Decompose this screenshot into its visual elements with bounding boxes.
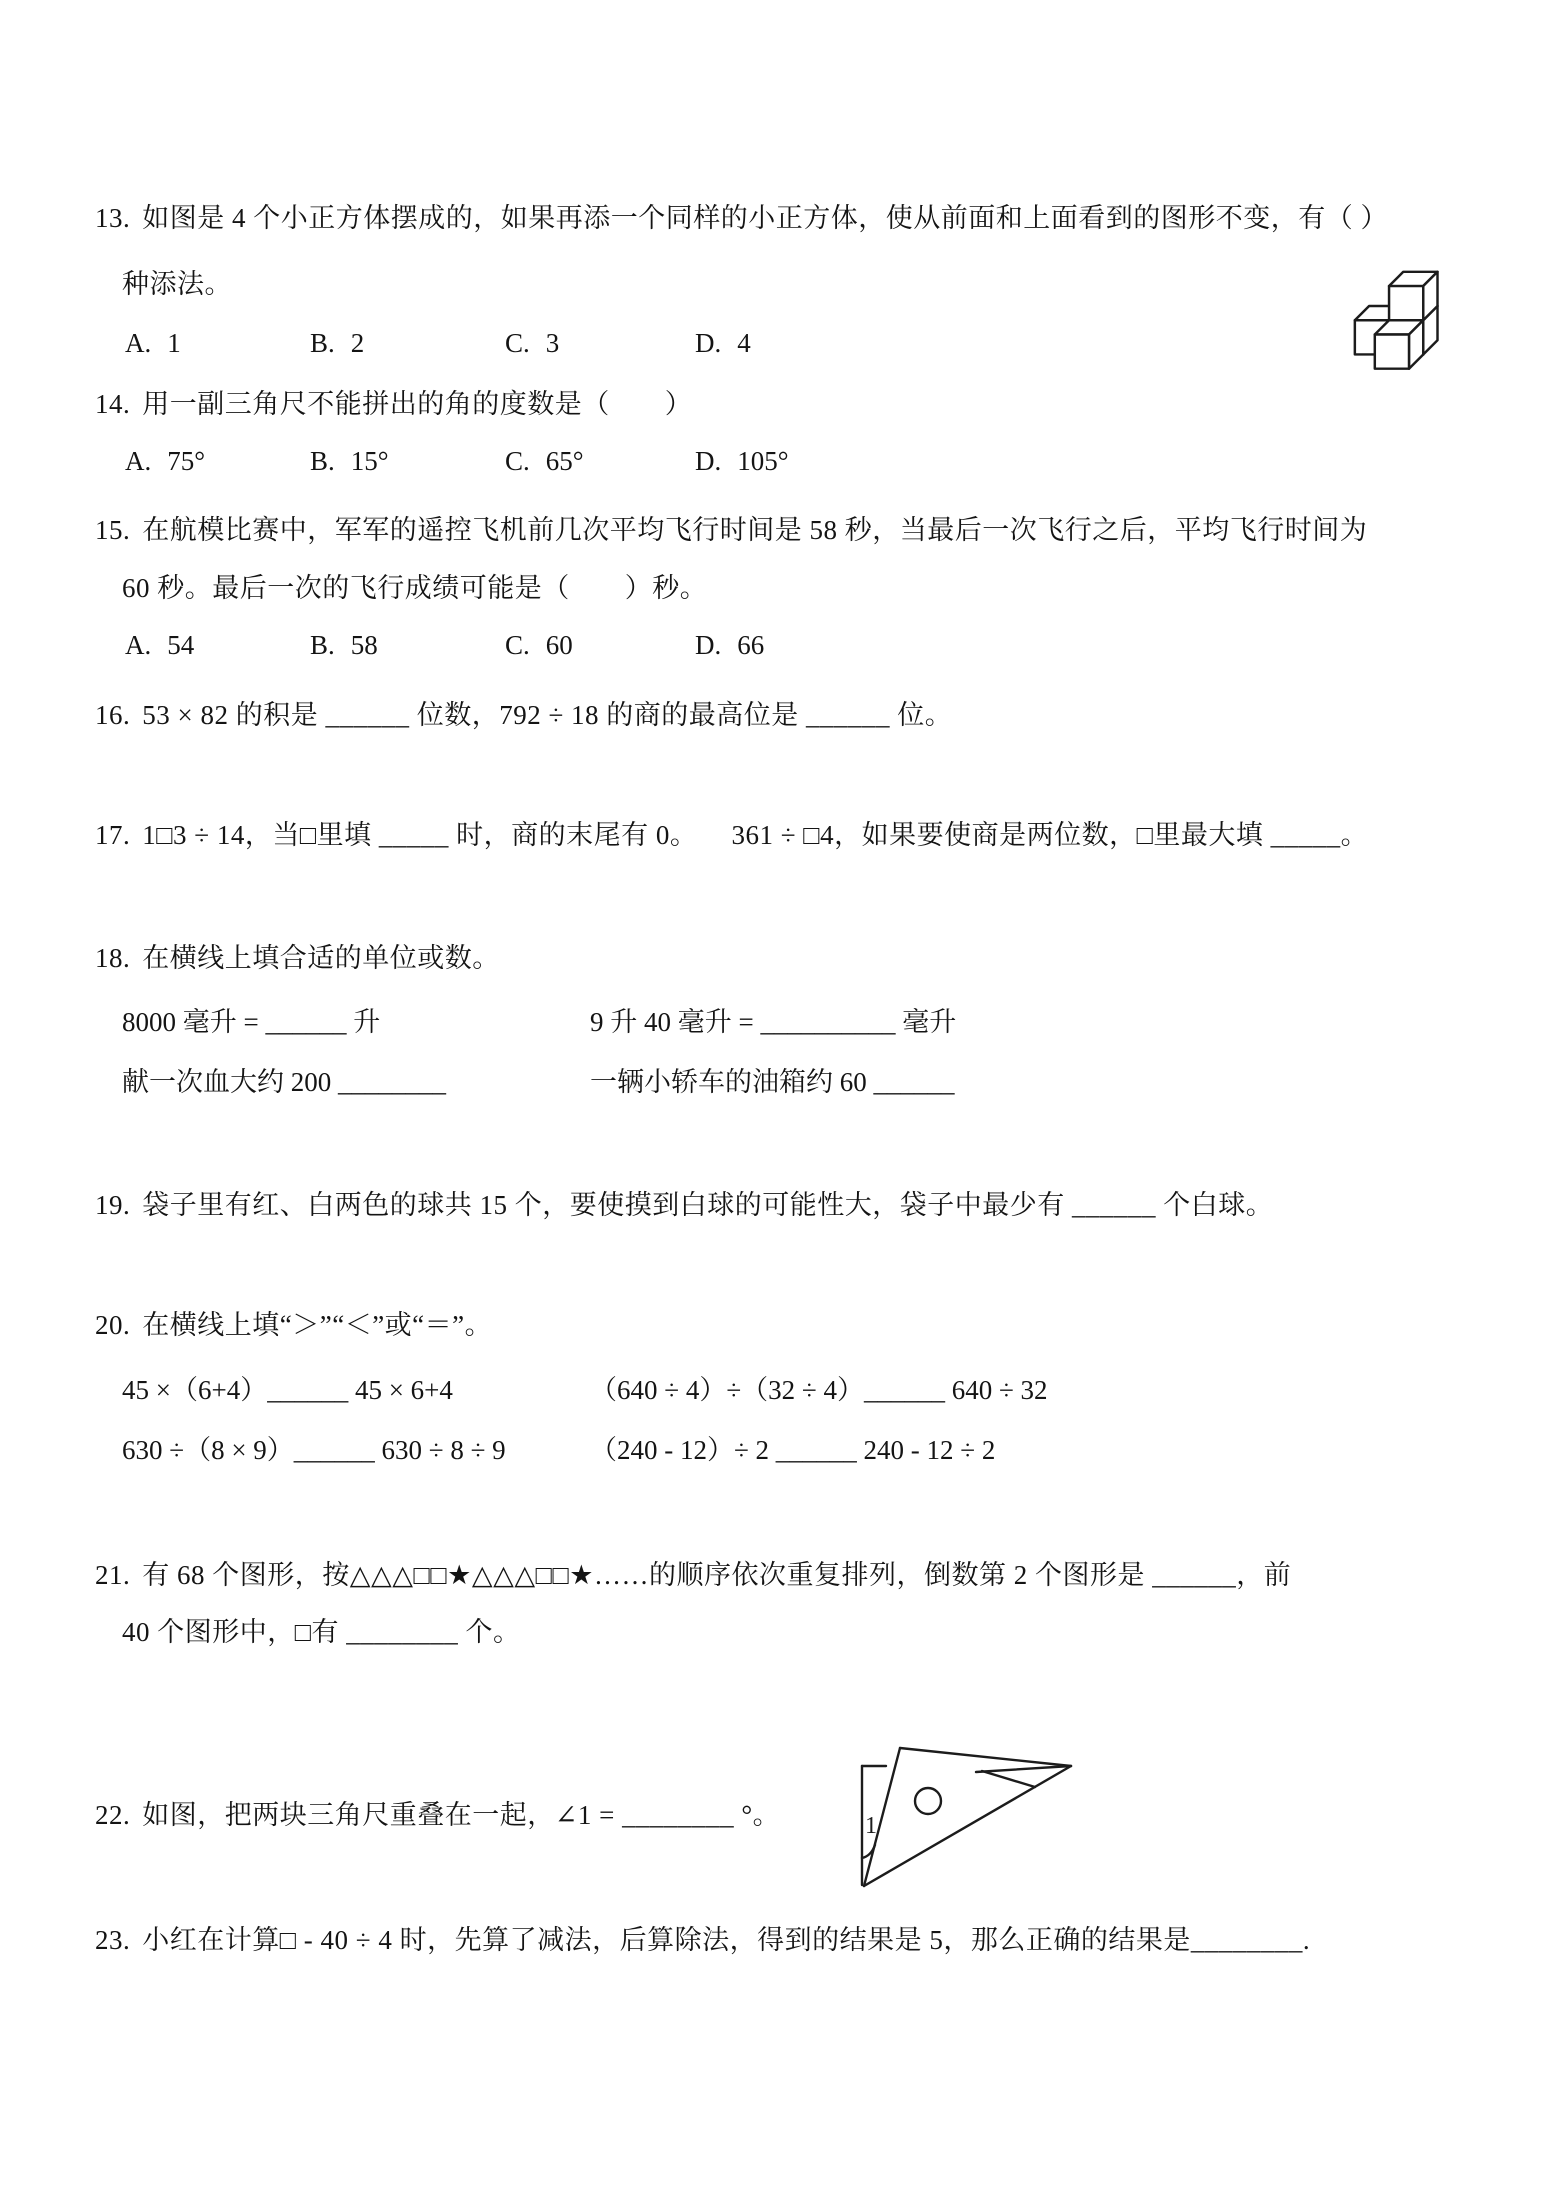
q13-option-c: C.3 — [505, 328, 559, 359]
q13-line1: 13.如图是 4 个小正方体摆成的，如果再添一个同样的小正方体，使从前面和上面看… — [95, 196, 1388, 235]
q15-text2: 60 秒。最后一次的飞行成绩可能是（ ）秒。 — [122, 573, 707, 603]
q14-text: 用一副三角尺不能拼出的角的度数是（ ） — [142, 389, 692, 419]
q20-number: 20. — [95, 1310, 130, 1340]
q18-line1: 18.在横线上填合适的单位或数。 — [95, 936, 500, 975]
q13-option-d: D.4 — [695, 328, 751, 359]
q14-line1: 14.用一副三角尺不能拼出的角的度数是（ ） — [95, 382, 692, 421]
q18-row1-left: 8000 毫升 = ______ 升 — [122, 1000, 380, 1039]
q17-part1: 1□3 ÷ 14，当□里填 _____ 时，商的末尾有 0。 — [142, 820, 697, 850]
exam-page: 13.如图是 4 个小正方体摆成的，如果再添一个同样的小正方体，使从前面和上面看… — [0, 0, 1561, 2206]
q22-text: 如图，把两块三角尺重叠在一起，∠1 = ________ °。 — [142, 1800, 780, 1830]
q15-line2: 60 秒。最后一次的飞行成绩可能是（ ）秒。 — [122, 566, 707, 605]
q15-option-c: C.60 — [505, 630, 573, 661]
q13-options: A.1 B.2 C.3 D.4 — [0, 328, 1561, 368]
q18-number: 18. — [95, 943, 130, 973]
q20-row2-right: （240 - 12）÷ 2 ______ 240 - 12 ÷ 2 — [590, 1428, 995, 1467]
q18-row2: 献一次血大约 200 ________ 一辆小轿车的油箱约 60 ______ — [0, 1060, 1561, 1100]
q18-row1: 8000 毫升 = ______ 升 9 升 40 毫升 = _________… — [0, 1000, 1561, 1040]
q15-option-d: D.66 — [695, 630, 764, 661]
cubes-figure — [1352, 266, 1447, 384]
q15-options: A.54 B.58 C.60 D.66 — [0, 630, 1561, 670]
q18-text: 在横线上填合适的单位或数。 — [142, 943, 500, 973]
q20-row1: 45 ×（6+4）______ 45 × 6+4 （640 ÷ 4）÷（32 ÷… — [0, 1368, 1561, 1408]
q19-number: 19. — [95, 1190, 130, 1220]
q14-number: 14. — [95, 389, 130, 419]
q22-line1: 22.如图，把两块三角尺重叠在一起，∠1 = ________ °。 — [95, 1793, 780, 1832]
q20-text: 在横线上填“＞”“＜”或“＝”。 — [142, 1310, 492, 1340]
q13-text: 如图是 4 个小正方体摆成的，如果再添一个同样的小正方体，使从前面和上面看到的图… — [142, 203, 1388, 233]
q20-line1: 20.在横线上填“＞”“＜”或“＝”。 — [95, 1303, 492, 1342]
q21-line2: 40 个图形中，□有 ________ 个。 — [122, 1610, 521, 1649]
q22-number: 22. — [95, 1800, 130, 1830]
q19-text: 袋子里有红、白两色的球共 15 个，要使摸到白球的可能性大，袋子中最少有 ___… — [142, 1190, 1273, 1220]
q21-text2: 40 个图形中，□有 ________ 个。 — [122, 1617, 521, 1647]
q23-number: 23. — [95, 1925, 130, 1955]
q14-option-b: B.15° — [310, 446, 389, 477]
q15-option-a: A.54 — [125, 630, 194, 661]
q23-line1: 23.小红在计算□ - 40 ÷ 4 时，先算了减法，后算除法，得到的结果是 5… — [95, 1918, 1310, 1957]
q21-number: 21. — [95, 1560, 130, 1590]
q13-number: 13. — [95, 203, 130, 233]
q13-option-b: B.2 — [310, 328, 364, 359]
q20-row2: 630 ÷（8 × 9）______ 630 ÷ 8 ÷ 9 （240 - 12… — [0, 1428, 1561, 1468]
q14-options: A.75° B.15° C.65° D.105° — [0, 446, 1561, 486]
q19-line1: 19.袋子里有红、白两色的球共 15 个，要使摸到白球的可能性大，袋子中最少有 … — [95, 1183, 1273, 1222]
q15-text1: 在航模比赛中，军军的遥控飞机前几次平均飞行时间是 58 秒，当最后一次飞行之后，… — [142, 515, 1367, 545]
q17-number: 17. — [95, 820, 130, 850]
q16-line1: 16.53 × 82 的积是 ______ 位数，792 ÷ 18 的商的最高位… — [95, 693, 952, 732]
q13-option-a: A.1 — [125, 328, 181, 359]
q13-line2: 种添法。 — [122, 262, 232, 301]
q18-row2-left: 献一次血大约 200 ________ — [122, 1060, 446, 1099]
q21-line1: 21.有 68 个图形，按△△△□□★△△△□□★……的顺序依次重复排列，倒数第… — [95, 1553, 1291, 1592]
q23-text: 小红在计算□ - 40 ÷ 4 时，先算了减法，后算除法，得到的结果是 5，那么… — [142, 1925, 1310, 1955]
triangle-rulers-figure: 1 — [848, 1733, 1178, 1898]
angle-1-label: 1 — [865, 1813, 877, 1839]
q18-row1-right: 9 升 40 毫升 = __________ 毫升 — [590, 1000, 956, 1039]
q14-option-c: C.65° — [505, 446, 584, 477]
q17-line1: 17.1□3 ÷ 14，当□里填 _____ 时，商的末尾有 0。361 ÷ □… — [95, 813, 1368, 852]
q14-option-a: A.75° — [125, 446, 205, 477]
q20-row1-right: （640 ÷ 4）÷（32 ÷ 4）______ 640 ÷ 32 — [590, 1368, 1048, 1407]
q21-text1: 有 68 个图形，按△△△□□★△△△□□★……的顺序依次重复排列，倒数第 2 … — [142, 1560, 1291, 1590]
q15-option-b: B.58 — [310, 630, 378, 661]
q18-row2-right: 一辆小轿车的油箱约 60 ______ — [590, 1060, 955, 1099]
q16-text: 53 × 82 的积是 ______ 位数，792 ÷ 18 的商的最高位是 _… — [142, 700, 952, 730]
q16-number: 16. — [95, 700, 130, 730]
q20-row1-left: 45 ×（6+4）______ 45 × 6+4 — [122, 1368, 453, 1407]
q17-part2: 361 ÷ □4，如果要使商是两位数，□里最大填 _____。 — [731, 820, 1368, 850]
q20-row2-left: 630 ÷（8 × 9）______ 630 ÷ 8 ÷ 9 — [122, 1428, 506, 1467]
q14-option-d: D.105° — [695, 446, 789, 477]
q15-line1: 15.在航模比赛中，军军的遥控飞机前几次平均飞行时间是 58 秒，当最后一次飞行… — [95, 508, 1367, 547]
q15-number: 15. — [95, 515, 130, 545]
